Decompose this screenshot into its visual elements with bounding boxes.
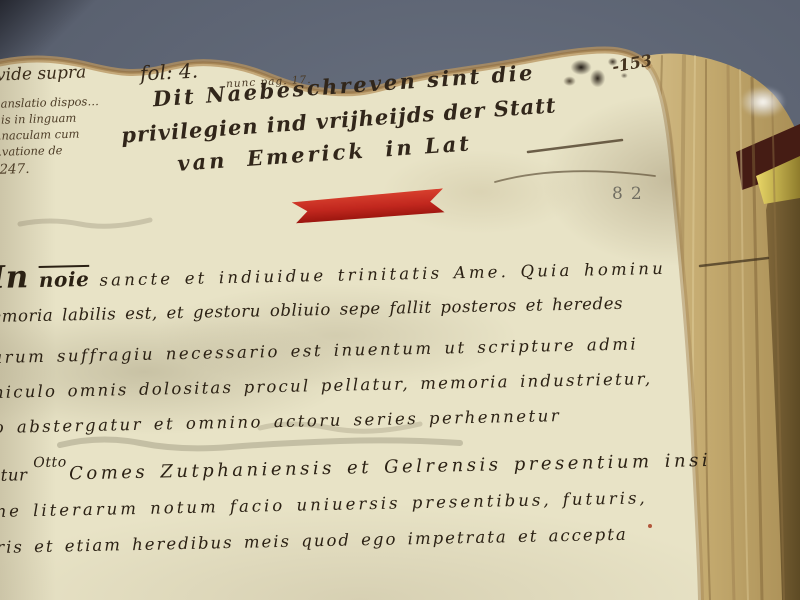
body-line-1: Innoiesancte et indiuidue trinitatis Ame… [0, 246, 666, 296]
margin-note: …anslatio dispos… …is in linguam …nacula… [0, 92, 141, 178]
body-line-8: ris et etiam heredibus meis quod ego imp… [0, 525, 628, 557]
body-line-2: emoria labilis est, et gestoru obliuio s… [0, 294, 623, 326]
body-line-7: ne literarum notum facio uniuersis prese… [0, 488, 648, 521]
body-line-3: arum suffragiu necessario est inuentum u… [0, 334, 638, 367]
flash-reflection [740, 86, 786, 118]
museum-display-photo: vide supra fol: 4. nunc pag. 17. …anslat… [0, 0, 800, 600]
body-text: Innoiesancte et indiuidue trinitatis Ame… [0, 233, 800, 600]
body-initial: In [0, 259, 29, 296]
heading-line-3-before: van [177, 147, 229, 175]
body-line-5: o abstergatur et omnino actoru series pe… [0, 406, 561, 437]
page-number: 82 [612, 184, 650, 204]
annotation-vide-supra: vide supra [0, 62, 87, 85]
body-line-4: niculo omnis dolositas procul pellatur, … [0, 369, 653, 402]
body-line-6-pre: itur [0, 465, 28, 485]
margin-note-line: …vatione de [0, 140, 141, 160]
body-line-6-superscript: Otto [33, 454, 67, 471]
body-line-6: iturOttoComes Zutphaniensis et Gelrensis… [0, 450, 711, 486]
red-fleck-stain [648, 524, 652, 528]
annotation-folio-ref: fol: 4. [139, 58, 198, 85]
body-line-6-rest: Comes Zutphaniensis et Gelrensis present… [69, 450, 712, 484]
body-nomine: noie [39, 267, 90, 292]
body-line-1-rest: sancte et indiuidue trinitatis Ame. Quia… [99, 259, 666, 290]
